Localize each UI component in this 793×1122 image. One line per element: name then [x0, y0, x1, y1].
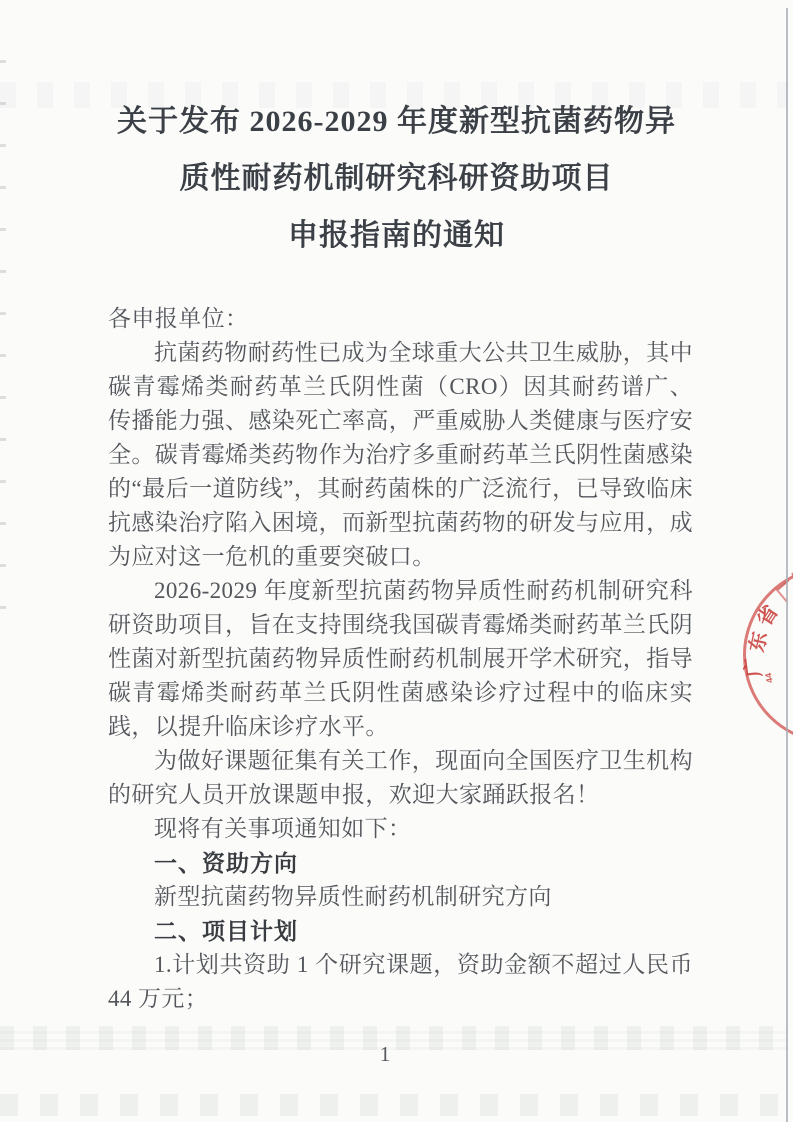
body-paragraph-background: 抗菌药物耐药性已成为全球重大公共卫生威胁，其中碳青霉烯类耐药革兰氏阴性菌（CRO… [108, 336, 693, 574]
body-paragraph-project-purpose: 2026-2029 年度新型抗菌药物异质性耐药机制研究科研资助项目，旨在支持围绕… [108, 574, 693, 744]
seal-serial-number: 44 [763, 672, 775, 684]
notice-title: 关于发布 2026-2029 年度新型抗菌药物异 质性耐药机制研究科研资助项目 … [0, 0, 793, 264]
seal-character-sheng: 省 [753, 601, 783, 631]
page-right-edge-line [786, 8, 788, 1122]
project-plan-item-1: 1.计划共资助 1 个研究课题，资助金额不超过人民币 44 万元； [108, 948, 693, 1016]
scan-speckle-left-edge [0, 60, 6, 620]
scan-noise-band [0, 1094, 787, 1116]
body-paragraph-notice-intro: 现将有关事项通知如下： [108, 812, 693, 846]
body-paragraph-call-for-applications: 为做好课题征集有关工作，现面向全国医疗卫生机构的研究人员开放课题申报，欢迎大家踊… [108, 744, 693, 812]
document-page: 关于发布 2026-2029 年度新型抗菌药物异 质性耐药机制研究科研资助项目 … [0, 0, 793, 1122]
section-heading-project-plan: 二、项目计划 [108, 914, 693, 948]
notice-title-line-1: 关于发布 2026-2029 年度新型抗菌药物异 [0, 93, 793, 150]
notice-title-line-2: 质性耐药机制研究科研资助项目 [0, 150, 793, 207]
notice-title-line-3: 申报指南的通知 [0, 207, 793, 264]
funding-direction-text: 新型抗菌药物异质性耐药机制研究方向 [108, 880, 693, 914]
section-heading-funding-direction: 一、资助方向 [108, 846, 693, 880]
notice-body: 各申报单位： 抗菌药物耐药性已成为全球重大公共卫生威胁，其中碳青霉烯类耐药革兰氏… [108, 302, 693, 1016]
page-number: 1 [0, 1042, 770, 1067]
seal-partial-glyph [776, 580, 793, 603]
salutation-line: 各申报单位： [108, 302, 693, 336]
seal-character-dong: 东 [746, 629, 772, 655]
